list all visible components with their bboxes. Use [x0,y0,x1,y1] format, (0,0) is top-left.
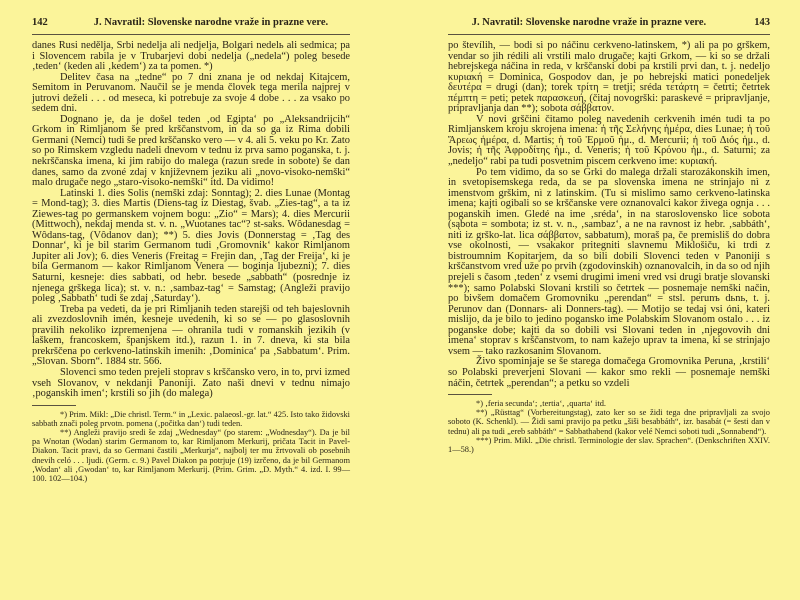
paragraph: Treba pa vedeti, da je pri Rimljanih ted… [32,305,350,368]
footnote: **) Angleži pravijo sredi še zdaj „Wedne… [32,428,350,483]
body-text: danes Rusi nedělja, Srbi nedelja ali ned… [32,41,350,483]
header-rule [448,34,770,35]
body-text: po števílih, — bodi si po náčinu cerkven… [448,41,770,454]
paragraph: Slovenci smo teden prejeli stoprav s krš… [32,368,350,400]
paragraph: Latinski 1. dies Solis (nemški zdaj: Son… [32,189,350,305]
paragraph: Dognano je, da je došel teden ‚od Egipta… [32,115,350,189]
right-page: J. Navratil: Slovenske narodne vraže in … [448,0,770,600]
paragraph: Delitev časa na „tedne“ po 7 dni znana j… [32,73,350,115]
footnote-rule [448,394,492,395]
footnote: ***) Prim. Mikl. „Die christl. Terminolo… [448,436,770,454]
running-head: J. Navratil: Slovenske narodne vraže in … [448,17,770,31]
paragraph: Po tem vidimo, da so se Grki do malega d… [448,168,770,358]
footnote: **) „Rüsttag“ (Vorbereitungstag), zato k… [448,408,770,436]
paragraph: po števílih, — bodi si po náčinu cerkven… [448,41,770,115]
paragraph: Živo spominjaje se še starega domačega G… [448,357,770,389]
left-page: 142 J. Navratil: Slovenske narodne vraže… [32,0,350,600]
footnote-rule [32,405,76,406]
header-rule [32,34,350,35]
paragraph: danes Rusi nedělja, Srbi nedelja ali ned… [32,41,350,73]
footnote: *) Prim. Mikl: „Die christl. Term.“ in „… [32,410,350,428]
page-number: 142 [32,17,72,28]
page-number: 143 [730,17,770,28]
footnotes: *) Prim. Mikl: „Die christl. Term.“ in „… [32,410,350,484]
running-title: J. Navratil: Slovenske narodne vraže in … [72,17,350,28]
footnotes: *) ‚feria secunda‘; ‚tertia‘, ‚quarta‘ i… [448,399,770,454]
paragraph: V novi grščini čitamo poleg navedenih ce… [448,115,770,168]
running-head: 142 J. Navratil: Slovenske narodne vraže… [32,17,350,31]
footnote: *) ‚feria secunda‘; ‚tertia‘, ‚quarta‘ i… [448,399,770,408]
running-title: J. Navratil: Slovenske narodne vraže in … [448,17,730,28]
